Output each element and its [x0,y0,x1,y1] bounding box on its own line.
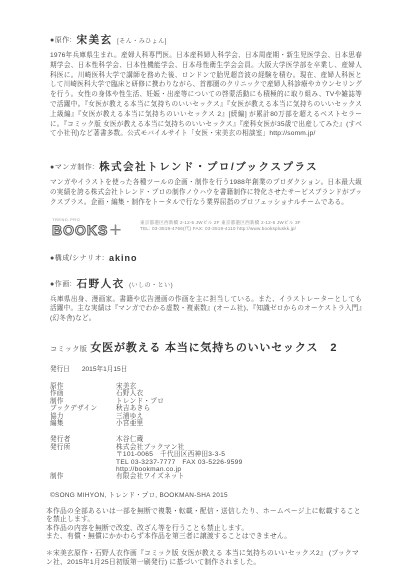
artist-label: ●作画: [50,281,72,288]
credit-row: 原作 宋美玄 [50,383,362,390]
production-description: マンガやイラストを使った各種ツールの企画・制作を行う1988年創業のプロダクショ… [50,178,362,207]
credits-table: 原作 宋美玄 作画 石野人衣 制作 トレンド・プロ ブックデザイン 秋吉あきら … [50,383,362,427]
artist-bio: 兵庫県出身、漫画家。書籍や広告漫画の作画を主に担当している。また、イラストレータ… [50,295,362,324]
section-manga-production: ●マンガ制作: 株式会社トレンド・プロ/ブックスプラス マンガやイラストを使った… [50,157,362,239]
author-label: ●原作: [50,37,72,44]
office-details: 株式会社ブックマン社 〒101-0065 千代田区西神田3-3-5 TEL 03… [116,444,362,474]
books-plus-contact-line: TEL: 03-3519-4766(代) FAX: 03-3519-4110 h… [140,226,301,233]
credit-row: 協力 三浦ゆえ [50,413,362,420]
source-note: ＊宋美玄原作・石野人衣作画『コミック版 女医が教える 本当に気持ちのいいセックス… [46,550,362,567]
notice-line: 本作品の内容を無断で改変、改ざん等を行うことも禁止します。 [46,525,362,533]
credit-label: 編集 [50,420,116,427]
books-plus-logo-row: TREND-PRO BOOKS+ 東京都港区西新橋 2-12-5 JWビル 2F… [52,213,362,240]
credit-label: 協力 [50,413,116,420]
edition-tag: コミック版 [50,346,87,353]
books-plus-logo: TREND-PRO BOOKS+ [52,213,140,240]
credit-row: 作画 石野人衣 [50,390,362,397]
credit-value: トレンド・プロ [116,398,362,405]
production-company-name: 有限会社ワイズネット [116,473,362,480]
credit-value: 小宮亜里 [116,420,362,427]
logo-top-text: TREND-PRO [52,218,140,222]
notice-line: 本作品の全部あるいは一部を無断で複製・転載・配信・送信したり、ホームページ上に転… [46,508,362,525]
publication-block: 発行者 木谷仁蔵 発行所 株式会社ブックマン社 〒101-0065 千代田区西神… [50,436,362,480]
volume-number: 2 [330,342,336,354]
publishing-office-row: 発行所 株式会社ブックマン社 〒101-0065 千代田区西神田3-3-5 TE… [50,444,362,474]
publisher-label: 発行者 [50,436,116,443]
section-scenario: ●構成/シナリオ: akino [50,248,362,266]
author-bio: 1976年兵庫県生まれ。産婦人科専門医。日本産科婦人科学会、日本周産期・新生児医… [50,51,362,139]
scenario-label: ●構成/シナリオ: [50,255,105,262]
section-artist: ●作画: 石野人衣 (いしの・とい) 兵庫県出身、漫画家。書籍や広告漫画の作画を… [50,274,362,324]
plus-icon: + [109,224,121,238]
production-company-label: 制作 [50,473,116,480]
credit-value: 石野人衣 [116,390,362,397]
book-title: 女医が教える 本当に気持ちのいいセックス [90,342,318,354]
colophon-page: ●原作: 宋美玄 [そん・みひょん] 1976年兵庫県生まれ。産婦人科専門医。日… [0,0,400,568]
artist-name: 石野人衣 [77,278,125,290]
office-tel: TEL 03-3237-7777 FAX 03-5226-9599 [116,459,362,466]
artist-kana: (いしの・とい) [129,283,173,289]
publisher-name: 木谷仁蔵 [116,436,362,443]
credit-label: ブックデザイン [50,405,116,412]
notice-line: また、有償・無償にかかわらず本作品を第三者に譲渡することはできません。 [46,533,362,541]
credit-row: ブックデザイン 秋吉あきら [50,405,362,412]
credit-value: 秋吉あきら [116,405,362,412]
issue-date-row: 発行日 2015年1月15日 [50,363,362,373]
office-postal: 〒101-0065 千代田区西神田3-3-5 [116,451,362,458]
section-author: ●原作: 宋美玄 [そん・みひょん] 1976年兵庫県生まれ。産婦人科専門医。日… [50,30,362,139]
author-name: 宋美玄 [77,34,113,46]
scenario-name: akino [109,253,138,263]
office-label: 発行所 [50,444,116,474]
issue-date-value: 2015年1月15日 [82,366,127,373]
credit-value: 三浦ゆえ [116,413,362,420]
book-title-row: コミック版女医が教える 本当に気持ちのいいセックス2 [50,338,362,356]
author-site-link[interactable]: http://somm.jp/ [269,130,315,137]
credit-label: 作画 [50,390,116,397]
prohibition-notices: 本作品の全部あるいは一部を無断で複製・転載・配信・送信したり、ホームページ上に転… [46,508,362,542]
production-company-row: 制作 有限会社ワイズネット [50,473,362,480]
issue-date-label: 発行日 [50,363,80,373]
books-plus-address: 東京都港区西新橋 2-12-5 JWビル 2F 東京都港区西新橋 2-12-5 … [140,213,301,233]
publisher-row: 発行者 木谷仁蔵 [50,436,362,443]
production-label: ●マンガ制作: [50,164,95,171]
credit-value: 宋美玄 [116,383,362,390]
copyright-line: ©SONG MIHYON, トレンド・プロ, BOOKMAN-SHA 2015 [50,490,362,499]
production-name: 株式会社トレンド・プロ/ブックスプラス [99,161,318,173]
books-logo-text: BOOKS [52,223,108,237]
spacer [50,141,362,157]
author-kana: [そん・みひょん] [117,39,167,45]
author-bio-text: 1976年兵庫県生まれ。産婦人科専門医。日本産科婦人科学会、日本周産期・新生児医… [50,52,362,137]
credit-row: 編集 小宮亜里 [50,420,362,427]
